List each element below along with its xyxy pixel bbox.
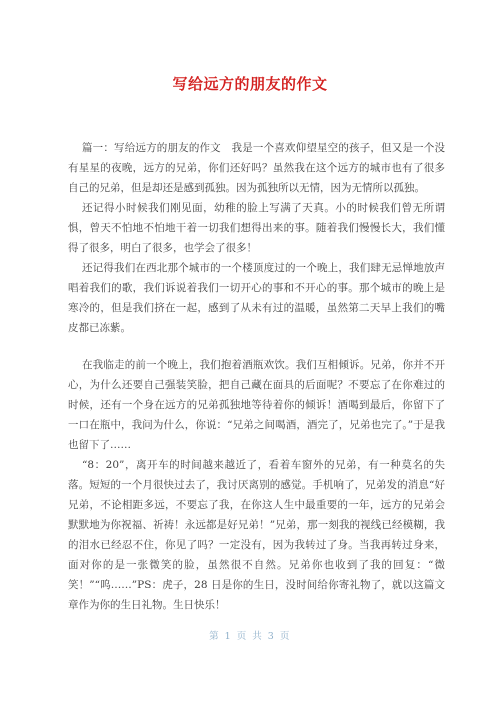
paragraph-1: 篇一：写给远方的朋友的作文 我是一个喜欢仰望星空的孩子，但又是一个没有星星的夜晚… (68, 138, 445, 198)
document-body: 篇一：写给远方的朋友的作文 我是一个喜欢仰望星空的孩子，但又是一个没有星星的夜晚… (68, 138, 445, 615)
page-number-indicator: 第 1 页 共 3 页 (0, 630, 500, 644)
document-page: 写给远方的朋友的作文 篇一：写给远方的朋友的作文 我是一个喜欢仰望星空的孩子，但… (0, 0, 500, 707)
paragraph-2: 还记得小时候我们刚见面，幼稚的脸上写满了天真。小的时候我们曾无所谓惧，曾天不怕地… (68, 198, 445, 258)
paragraph-4: 在我临走的前一个晚上，我们抱着酒瓶欢饮。我们互相倾诉。兄弟，你并不开心，为什么还… (68, 355, 445, 455)
paragraph-5: “8：20”，离开车的时间越来越近了，看着车窗外的兄弟，有一种莫名的失落。短短的… (68, 455, 445, 615)
paragraph-3: 还记得我们在西北那个城市的一个楼顶度过的一个晚上，我们肆无忌惮地放声唱着我们的歌… (68, 258, 445, 338)
document-title: 写给远方的朋友的作文 (0, 0, 500, 94)
